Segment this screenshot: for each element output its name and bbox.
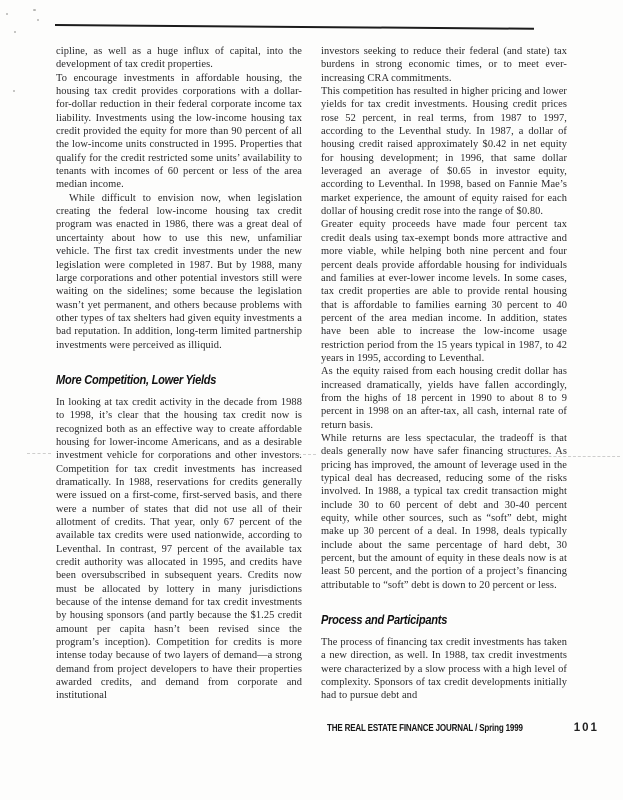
footer-journal-title: THE REAL ESTATE FINANCE JOURNAL / Spring… <box>327 723 523 734</box>
paragraph: cipline, as well as a huge influx of cap… <box>56 45 302 72</box>
scan-speckle <box>13 90 15 92</box>
paragraph: This competition has resulted in higher … <box>321 85 567 218</box>
paragraph: To encourage investments in affordable h… <box>56 72 302 192</box>
paragraph: investors seeking to reduce their federa… <box>321 45 567 85</box>
journal-page-scan: cipline, as well as a huge influx of cap… <box>0 0 623 800</box>
paragraph: While difficult to envision now, when le… <box>56 192 302 352</box>
footer-page-number: 101 <box>574 722 599 734</box>
scan-speckle <box>6 13 8 15</box>
section-heading-wrap: More Competition, Lower Yields <box>56 364 302 392</box>
two-column-text: cipline, as well as a huge influx of cap… <box>56 45 568 703</box>
paragraph: In looking at tax credit activity in the… <box>56 396 302 703</box>
top-rule <box>55 24 534 30</box>
scan-speckle <box>33 9 36 11</box>
paragraph: Greater equity proceeds have made four p… <box>321 218 567 365</box>
section-heading-more-competition: More Competition, Lower Yields <box>56 373 216 387</box>
left-column: cipline, as well as a huge influx of cap… <box>56 45 302 703</box>
scan-speckle <box>14 31 16 33</box>
right-column: investors seeking to reduce their federa… <box>321 45 567 703</box>
section-heading-process-participants: Process and Participants <box>321 613 447 627</box>
section-heading-wrap: Process and Participants <box>321 604 567 632</box>
paragraph: The process of financing tax credit inve… <box>321 636 567 703</box>
scan-artifact-dash <box>27 453 51 454</box>
scan-speckle <box>37 19 39 21</box>
paragraph: While returns are less spectacular, the … <box>321 432 567 592</box>
paragraph: As the equity raised from each housing c… <box>321 365 567 432</box>
page-footer: THE REAL ESTATE FINANCE JOURNAL / Spring… <box>327 722 567 734</box>
